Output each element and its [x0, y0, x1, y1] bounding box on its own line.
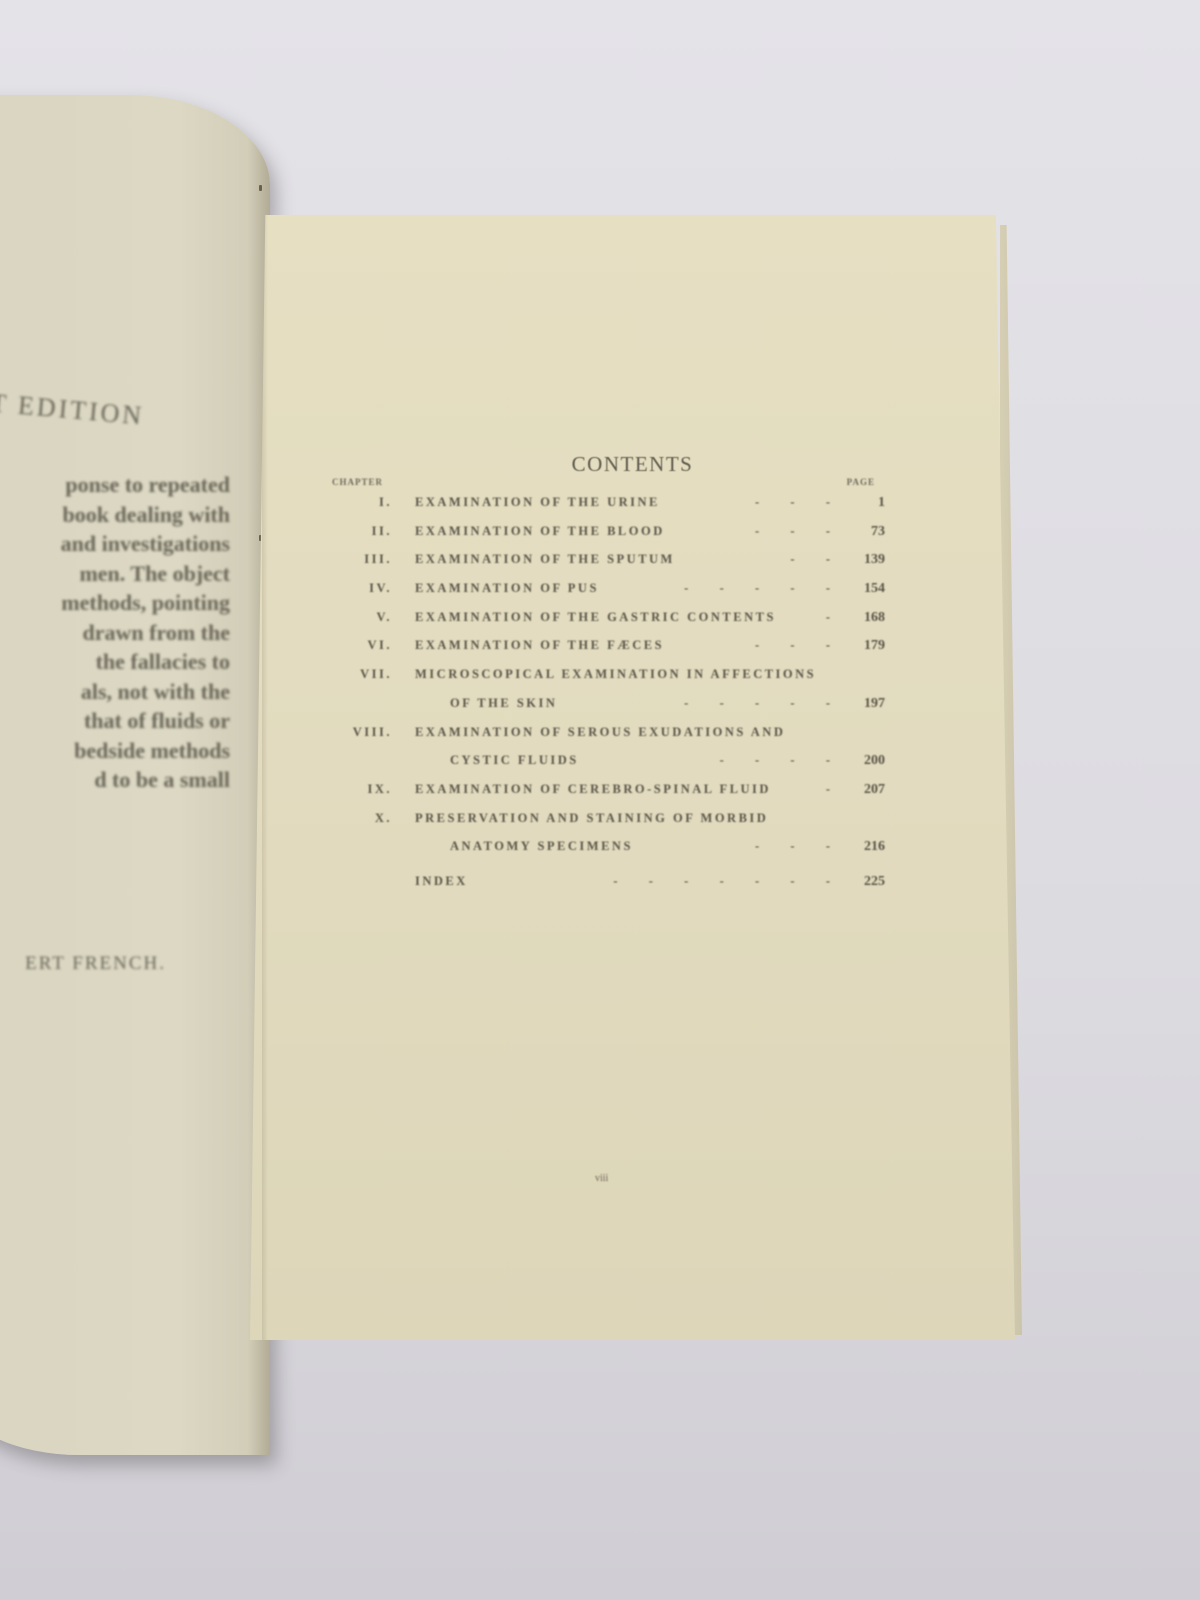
- chapter-number: VIII.: [330, 725, 392, 740]
- toc-entry-continuation: CYSTIC FLUIDS - - - - 200: [330, 753, 885, 782]
- page-column-header: PAGE: [847, 477, 875, 487]
- toc-entry: VII. MICROSCOPICAL EXAMINATION IN AFFECT…: [330, 667, 885, 696]
- chapter-title: EXAMINATION OF CEREBRO-SPINAL FLUID: [415, 782, 771, 797]
- chapter-title: PRESERVATION AND STAINING OF MORBID: [415, 811, 768, 826]
- preface-line: methods, pointing: [0, 588, 230, 618]
- toc-entry: IV. EXAMINATION OF PUS - - - - - 154: [330, 581, 885, 610]
- leader-dots: -: [826, 610, 830, 625]
- preface-line: and investigations: [0, 529, 230, 559]
- chapter-column-header: CHAPTER: [332, 477, 383, 487]
- page-number: 216: [835, 839, 885, 855]
- leader-dots: - - -: [755, 524, 830, 539]
- preface-line: book dealing with: [0, 500, 230, 530]
- index-title: INDEX: [415, 874, 468, 889]
- toc-entry: V. EXAMINATION OF THE GASTRIC CONTENTS -…: [330, 610, 885, 639]
- toc-entry: VIII. EXAMINATION OF SEROUS EXUDATIONS A…: [330, 725, 885, 754]
- toc-entry-index: INDEX - - - - - - - 225: [330, 874, 885, 903]
- page-number: 179: [835, 638, 885, 654]
- chapter-number: IX.: [330, 782, 392, 797]
- chapter-title: EXAMINATION OF THE FÆCES: [415, 638, 664, 653]
- page-number: 139: [835, 552, 885, 568]
- chapter-number: X.: [330, 811, 392, 826]
- toc-entry: VI. EXAMINATION OF THE FÆCES - - - 179: [330, 638, 885, 667]
- chapter-title: EXAMINATION OF SEROUS EXUDATIONS AND: [415, 725, 785, 740]
- preface-line: ponse to repeated: [0, 470, 230, 500]
- chapter-title: EXAMINATION OF THE SPUTUM: [415, 552, 675, 567]
- chapter-number: IV.: [330, 581, 392, 596]
- leader-dots: - -: [790, 552, 830, 567]
- table-of-contents: I. EXAMINATION OF THE URINE - - - 1 II. …: [330, 495, 885, 903]
- leader-dots: -: [826, 782, 830, 797]
- leader-dots: - - -: [755, 638, 830, 653]
- toc-entry: II. EXAMINATION OF THE BLOOD - - - 73: [330, 524, 885, 553]
- preface-line: drawn from the: [0, 618, 230, 648]
- preface-line: that of fluids or: [0, 706, 230, 736]
- chapter-number: I.: [330, 495, 392, 510]
- page-number: 225: [835, 874, 885, 890]
- chapter-title: ANATOMY SPECIMENS: [450, 839, 633, 854]
- chapter-title: EXAMINATION OF THE GASTRIC CONTENTS: [415, 610, 776, 625]
- preface-line: bedside methods: [0, 736, 230, 766]
- toc-entry-continuation: ANATOMY SPECIMENS - - - 216: [330, 839, 885, 868]
- toc-entry: X. PRESERVATION AND STAINING OF MORBID: [330, 811, 885, 840]
- leader-dots: - - -: [755, 495, 830, 510]
- chapter-number: VII.: [330, 667, 392, 682]
- chapter-title: EXAMINATION OF THE URINE: [415, 495, 660, 510]
- leader-dots: - - -: [755, 839, 830, 854]
- leader-dots: - - - - - - -: [613, 874, 830, 889]
- chapter-number: II.: [330, 524, 392, 539]
- preface-line: the fallacies to: [0, 647, 230, 677]
- page-number: 197: [835, 696, 885, 712]
- left-page: T EDITION ponse to repeated book dealing…: [0, 95, 270, 1455]
- chapter-number: III.: [330, 552, 392, 567]
- preface-heading: T EDITION: [0, 388, 145, 431]
- preface-line: d to be a small: [0, 765, 230, 795]
- chapter-number: V.: [330, 610, 392, 625]
- chapter-title: EXAMINATION OF THE BLOOD: [415, 524, 665, 539]
- toc-entry-continuation: OF THE SKIN - - - - - 197: [330, 696, 885, 725]
- chapter-title: MICROSCOPICAL EXAMINATION IN AFFECTIONS: [415, 667, 816, 682]
- preface-text: ponse to repeated book dealing with and …: [0, 470, 230, 795]
- right-page: CONTENTS CHAPTER PAGE I. EXAMINATION OF …: [250, 215, 1015, 1340]
- toc-entry: III. EXAMINATION OF THE SPUTUM - - 139: [330, 552, 885, 581]
- chapter-title: EXAMINATION OF PUS: [415, 581, 599, 596]
- page-number: 1: [835, 495, 885, 511]
- preface-line: men. The object: [0, 559, 230, 589]
- page-number: 200: [835, 753, 885, 769]
- leader-dots: - - - -: [720, 753, 830, 768]
- chapter-title: OF THE SKIN: [450, 696, 557, 711]
- leader-dots: - - - - -: [684, 696, 830, 711]
- toc-entry: IX. EXAMINATION OF CEREBRO-SPINAL FLUID …: [330, 782, 885, 811]
- toc-entry: I. EXAMINATION OF THE URINE - - - 1: [330, 495, 885, 524]
- chapter-number: VI.: [330, 638, 392, 653]
- leader-dots: - - - - -: [684, 581, 830, 596]
- page-number: 154: [835, 581, 885, 597]
- preface-signature: ERT FRENCH.: [0, 953, 166, 975]
- page-folio: viii: [595, 1173, 608, 1184]
- page-number: 73: [835, 524, 885, 540]
- contents-title: CONTENTS: [250, 452, 1015, 477]
- preface-line: als, not with the: [0, 677, 230, 707]
- page-number: 168: [835, 610, 885, 626]
- chapter-title: CYSTIC FLUIDS: [450, 753, 579, 768]
- page-number: 207: [835, 782, 885, 798]
